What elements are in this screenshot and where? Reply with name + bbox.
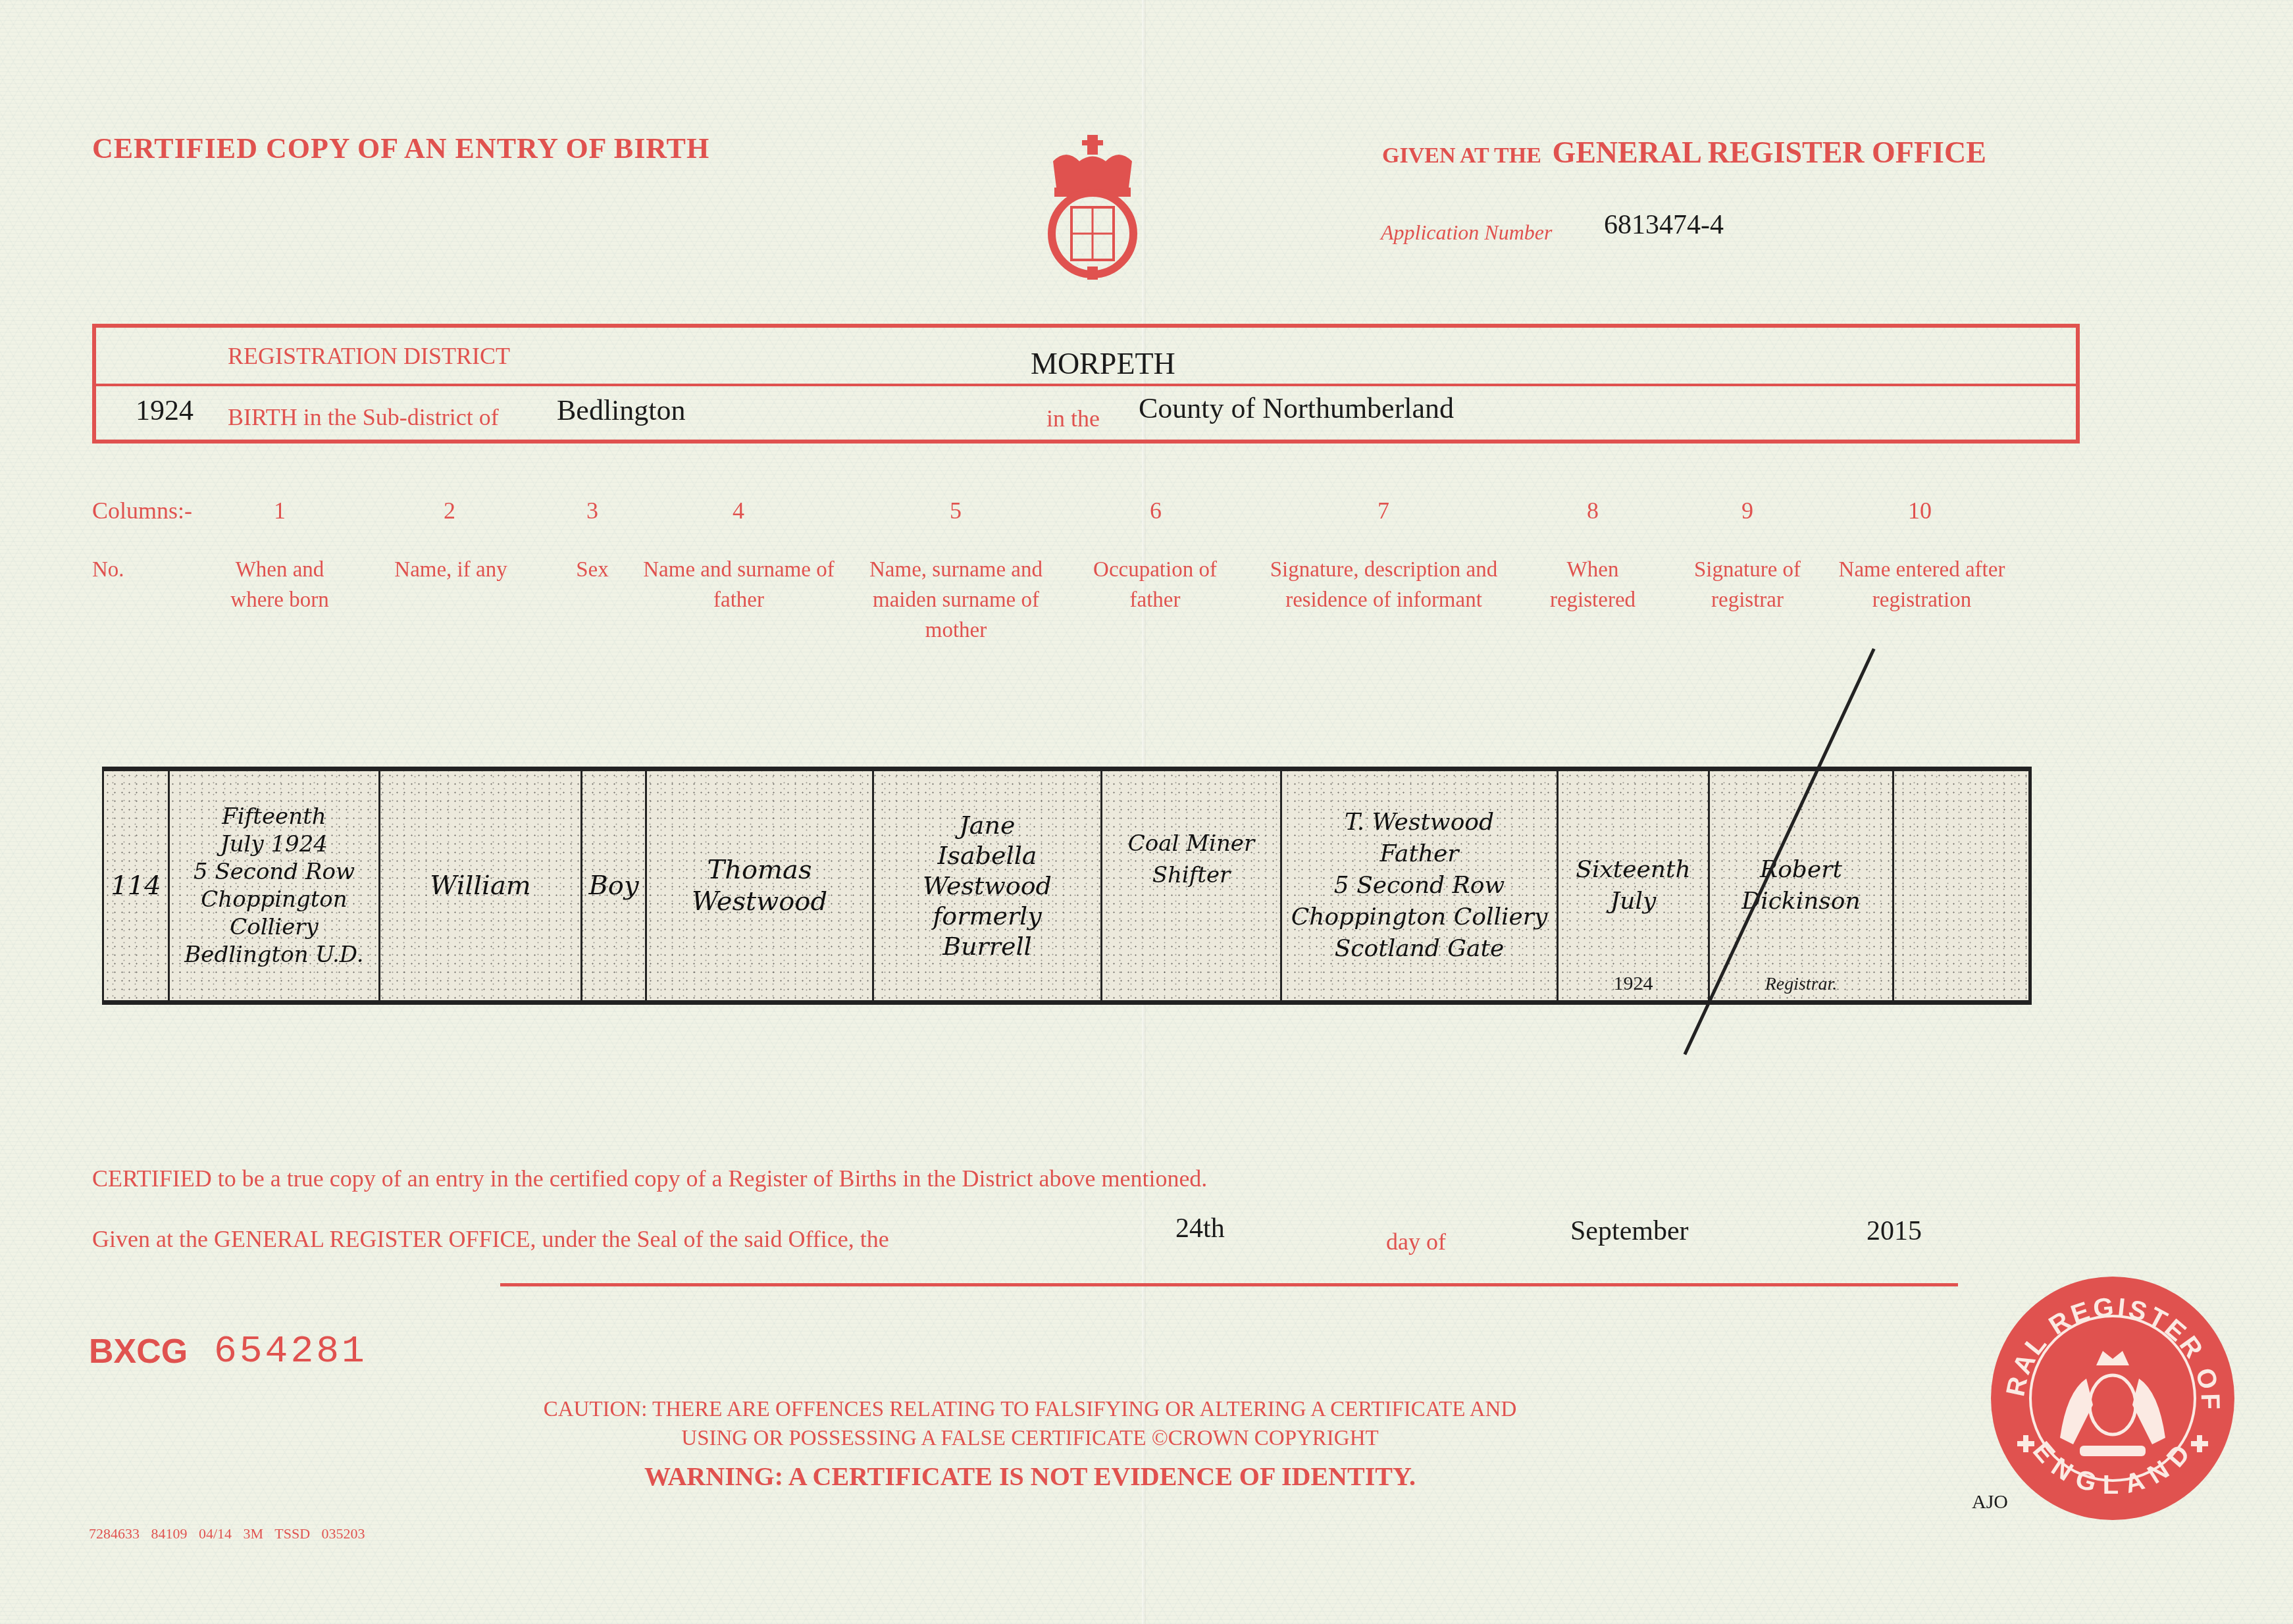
given-at-statement: Given at the GENERAL REGISTER OFFICE, un… (92, 1225, 889, 1253)
column-header-informant: Signature, description and residence of … (1250, 555, 1517, 615)
registration-district-value: MORPETH (1031, 346, 1175, 381)
certificate-title: CERTIFIED COPY OF AN ENTRY OF BIRTH (92, 132, 709, 165)
column-number-5: 5 (929, 497, 982, 524)
entry-registrar-title: Registrar. (1710, 974, 1892, 995)
entry-when-where-born: Fifteenth July 1924 5 Second Row Choppin… (184, 803, 363, 969)
identity-warning: WARNING: A CERTIFICATE IS NOT EVIDENCE O… (520, 1461, 1540, 1492)
column-header-name-after-registration: Name entered after registration (1836, 555, 2007, 615)
column-header-father: Name and surname of father (642, 555, 836, 615)
column-header-no: No. (92, 555, 145, 585)
entry-cell-name: William (380, 771, 582, 1000)
registration-year: 1924 (136, 393, 193, 427)
general-register-office-seal-icon: GENERAL REGISTER OFFICE ENGLAND (1988, 1273, 2238, 1523)
entry-cell-no: 114 (104, 771, 170, 1000)
given-at-office: GENERAL REGISTER OFFICE (1552, 136, 1986, 169)
entry-cell-name-after-registration (1894, 771, 2030, 1000)
entry-father: Thomas Westwood (692, 854, 827, 917)
county-value: County of Northumberland (1139, 392, 1454, 425)
certification-day: 24th (1175, 1213, 1225, 1244)
column-number-8: 8 (1566, 497, 1619, 524)
day-of-label: day of (1386, 1228, 1446, 1256)
column-number-4: 4 (712, 497, 765, 524)
separator-line (500, 1283, 1958, 1286)
entry-father-occupation: Coal Miner Shifter (1128, 828, 1254, 891)
certification-statement: CERTIFIED to be a true copy of an entry … (92, 1165, 1207, 1192)
serial-number: 654281 (214, 1331, 367, 1373)
royal-crest-icon (1040, 135, 1145, 280)
entry-when-registered-year: 1924 (1559, 973, 1708, 995)
registration-divider (96, 384, 2076, 386)
column-header-registrar-signature: Signature of registrar (1675, 555, 1820, 615)
entry-registrar-signature: Robert Dickinson (1741, 854, 1860, 917)
column-header-father-occupation: Occupation of father (1093, 555, 1218, 615)
entry-cell-mother: Jane Isabella Westwood formerly Burrell (874, 771, 1102, 1000)
registration-district-label: REGISTRATION DISTRICT (228, 342, 510, 370)
registration-box: REGISTRATION DISTRICT MORPETH 1924 BIRTH… (92, 324, 2080, 444)
column-header-mother: Name, surname and maiden surname of moth… (856, 555, 1056, 646)
column-number-1: 1 (253, 497, 306, 524)
entry-cell-informant: T. Westwood Father 5 Second Row Chopping… (1282, 771, 1559, 1000)
column-header-when-registered: When registered (1540, 555, 1645, 615)
column-header-when-where-born: When and where born (217, 555, 342, 615)
entry-cell-father-occupation: Coal Miner Shifter (1102, 771, 1282, 1000)
serial-prefix: BXCG (89, 1332, 188, 1371)
column-number-2: 2 (423, 497, 476, 524)
entry-cell-sex: Boy (582, 771, 647, 1000)
column-number-10: 10 (1894, 497, 1946, 524)
entry-cell-when-registered: Sixteenth July 1924 (1559, 771, 1710, 1000)
column-number-3: 3 (566, 497, 619, 524)
entry-sex: Boy (588, 870, 638, 901)
birth-entry-table: 114 Fifteenth July 1924 5 Second Row Cho… (102, 767, 2032, 1005)
entry-mother: Jane Isabella Westwood formerly Burrell (923, 810, 1052, 961)
columns-label: Columns:- (92, 497, 192, 524)
application-number-label: Application Number (1381, 220, 1552, 245)
column-number-6: 6 (1129, 497, 1182, 524)
print-code: 7284633 84109 04/14 3M TSSD 035203 (89, 1525, 365, 1542)
column-header-name: Name, if any (372, 555, 530, 585)
in-the-label: in the (1046, 405, 1100, 432)
certification-year: 2015 (1867, 1215, 1922, 1247)
column-number-7: 7 (1357, 497, 1410, 524)
application-number-value: 6813474-4 (1604, 209, 1724, 241)
given-at-prefix: GIVEN AT THE (1382, 143, 1541, 168)
given-at-heading: GIVEN AT THE GENERAL REGISTER OFFICE (1382, 135, 1986, 170)
entry-no: 114 (111, 870, 161, 901)
certification-month: September (1570, 1215, 1689, 1247)
subdistrict-value: Bedlington (557, 393, 686, 427)
column-number-9: 9 (1721, 497, 1774, 524)
entry-cell-father: Thomas Westwood (647, 771, 874, 1000)
column-header-sex: Sex (566, 555, 619, 585)
caution-notice: CAUTION: THERE ARE OFFENCES RELATING TO … (520, 1395, 1540, 1453)
entry-informant: T. Westwood Father 5 Second Row Chopping… (1291, 807, 1548, 965)
subdistrict-label: BIRTH in the Sub-district of (228, 403, 499, 431)
entry-when-registered: Sixteenth July (1576, 854, 1690, 917)
entry-name: William (430, 870, 530, 901)
entry-cell-when-where-born: Fifteenth July 1924 5 Second Row Choppin… (170, 771, 380, 1000)
